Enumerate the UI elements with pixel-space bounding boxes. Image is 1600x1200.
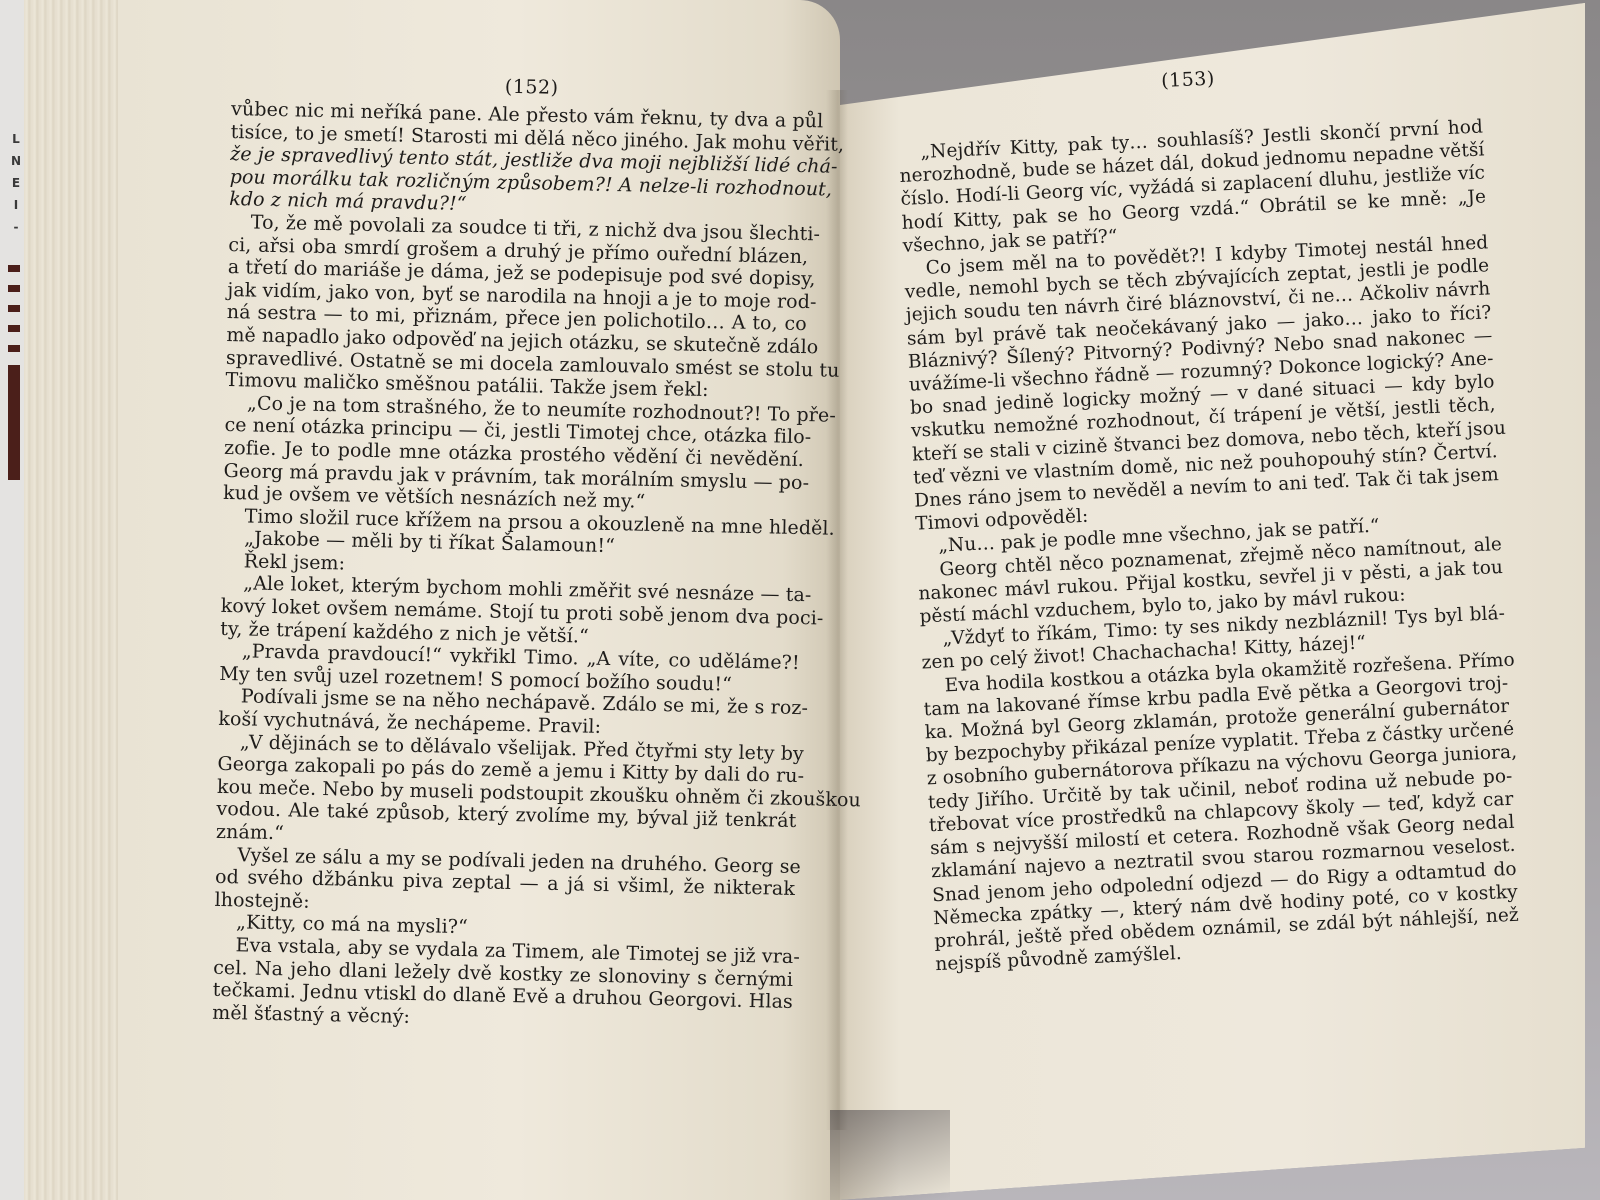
- adjacent-book-spine: LNEI-: [0, 0, 24, 1200]
- page-block-edges: [24, 0, 124, 1200]
- spine-letter: I: [9, 194, 23, 216]
- text-lines: vůbec nic mi neříká pane. Ale přesto vám…: [212, 98, 811, 1036]
- right-page-text: (153) „Nejdřív Kitty, pak ty… souhlasíš?…: [898, 115, 1520, 976]
- spine-letter: -: [9, 216, 23, 238]
- spine-letter: N: [9, 150, 23, 172]
- text-lines: „Nejdřív Kitty, pak ty… souhlasíš? Jestl…: [898, 115, 1520, 976]
- page-shadow: [830, 1110, 950, 1200]
- spine-letter: L: [9, 128, 23, 150]
- left-page-text: (152) vůbec nic mi neříká pane. Ale přes…: [212, 70, 812, 1036]
- spine-letter: E: [9, 172, 23, 194]
- book-gutter: [826, 90, 848, 1130]
- spine-lettering: LNEI-: [9, 128, 23, 238]
- spine-decoration: [8, 265, 22, 480]
